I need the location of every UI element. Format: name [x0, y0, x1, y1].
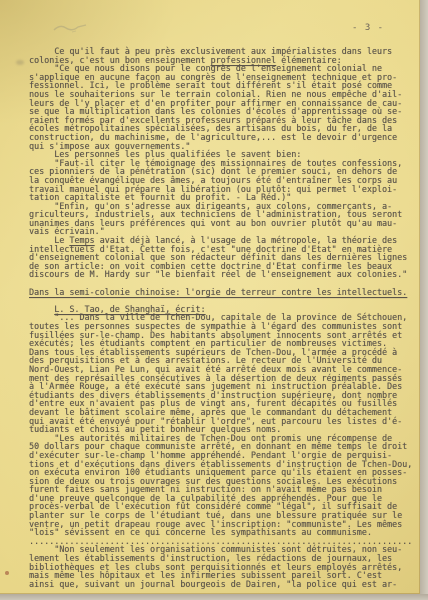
page-number: - 3 - — [352, 23, 384, 33]
text-line: Dans la semi-colonie chinoise: l'orgie d… — [29, 288, 419, 297]
text-line: discours de M. Hardy sur "le bienfait ré… — [29, 270, 419, 279]
document-text: Ce qu'il faut à peu près exclusivement a… — [29, 47, 419, 588]
ink-smudge — [16, 60, 24, 65]
text-line: ainsi que, suivant un journal bourgeois … — [29, 580, 419, 589]
scan-background-right — [420, 0, 428, 600]
pencil-mark — [52, 20, 100, 36]
paper-speck — [5, 571, 9, 575]
scanned-paper-page: - 3 - Ce qu'il faut à peu près exclusive… — [0, 0, 420, 594]
scan-background-bottom — [0, 594, 428, 600]
